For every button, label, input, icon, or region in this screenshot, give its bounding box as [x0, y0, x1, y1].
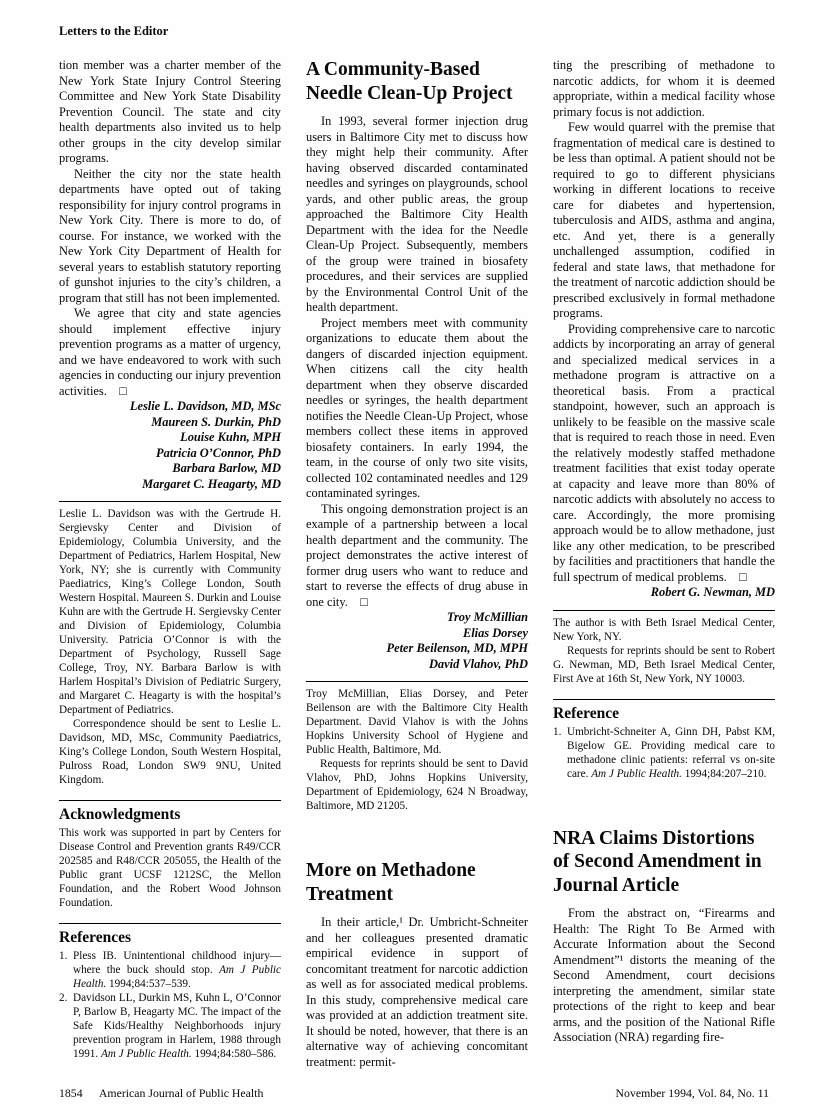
acknowledgments-text: This work was supported in part by Cente…: [59, 826, 281, 910]
signature-line: Margaret C. Heagarty, MD: [59, 477, 281, 493]
letter2-affiliation: Troy McMillian, Elias Dorsey, and Peter …: [306, 687, 528, 757]
reference-text: Davidson LL, Durkin MS, Kuhn L, O’Connor…: [73, 991, 281, 1061]
column-2: A Community-Based Needle Clean-Up Projec…: [306, 58, 528, 1070]
letter3-intro-paragraph: In their article,¹ Dr. Umbricht-Schneite…: [306, 915, 528, 1070]
reference-pages: 1994;84:207–210.: [682, 768, 767, 780]
letter3-affiliation: The author is with Beth Israel Medical C…: [553, 616, 775, 644]
running-head: Letters to the Editor: [59, 24, 168, 39]
reference-item: 1. Umbricht-Schneiter A, Ginn DH, Pabst …: [553, 725, 775, 781]
signature-line: Maureen S. Durkin, PhD: [59, 415, 281, 431]
columns-container: tion member was a charter member of the …: [59, 58, 775, 1070]
column-1: tion member was a charter member of the …: [59, 58, 281, 1070]
letter2-signature-block: Troy McMillian Elias Dorsey Peter Beilen…: [306, 610, 528, 672]
signature-line: Robert G. Newman, MD: [553, 585, 775, 601]
journal-page: Letters to the Editor tion member was a …: [0, 0, 816, 1111]
letter2-paragraph: Project members meet with community orga…: [306, 316, 528, 502]
reference-text: Pless IB. Unintentional childhood injury…: [73, 949, 281, 991]
letter3-paragraph: Providing comprehensive care to narcotic…: [553, 322, 775, 586]
letter1-affiliation: Leslie L. Davidson was with the Gertrude…: [59, 507, 281, 717]
reference-number: 1.: [553, 725, 567, 781]
letter2-paragraph: This ongoing demonstration project is an…: [306, 502, 528, 611]
letter1-signature-block: Leslie L. Davidson, MD, MSc Maureen S. D…: [59, 399, 281, 492]
signature-line: Patricia O’Connor, PhD: [59, 446, 281, 462]
references-heading: References: [59, 929, 281, 947]
signature-line: David Vlahov, PhD: [306, 657, 528, 673]
signature-line: Elias Dorsey: [306, 626, 528, 642]
signature-line: Peter Beilenson, MD, MPH: [306, 641, 528, 657]
letter4-paragraph: From the abstract on, “Firearms and Heal…: [553, 906, 775, 1046]
letter4-title: NRA Claims Distortions of Second Amendme…: [553, 827, 775, 898]
page-footer: 1854 American Journal of Public Health N…: [59, 1086, 769, 1101]
letter1-paragraph: We agree that city and state agencies sh…: [59, 306, 281, 399]
letter3-reprints: Requests for reprints should be sent to …: [553, 644, 775, 686]
signature-line: Troy McMillian: [306, 610, 528, 626]
letter2-reprints: Requests for reprints should be sent to …: [306, 757, 528, 813]
letter3-paragraph: ting the prescribing of methadone to nar…: [553, 58, 775, 120]
reference-pages: 1994;84:537–539.: [106, 978, 191, 990]
reference-pages: 1994;84:580–586.: [192, 1048, 277, 1060]
letter1-paragraph: tion member was a charter member of the …: [59, 58, 281, 167]
section-divider: [553, 699, 775, 700]
reference-heading: Reference: [553, 705, 775, 723]
letter2-paragraph: In 1993, several former injection drug u…: [306, 114, 528, 316]
footer-left: 1854 American Journal of Public Health: [59, 1086, 263, 1101]
letter1-paragraph: Neither the city nor the state health de…: [59, 167, 281, 307]
column-3: ting the prescribing of methadone to nar…: [553, 58, 775, 1070]
acknowledgments-heading: Acknowledgments: [59, 806, 281, 824]
section-divider: [59, 800, 281, 801]
footnote-divider: [553, 610, 775, 611]
footnote-divider: [59, 501, 281, 502]
letter1-correspondence: Correspondence should be sent to Leslie …: [59, 717, 281, 787]
reference-number: 1.: [59, 949, 73, 991]
signature-line: Leslie L. Davidson, MD, MSc: [59, 399, 281, 415]
journal-name: Am J Public Health.: [591, 768, 682, 780]
reference-item: 1. Pless IB. Unintentional childhood inj…: [59, 949, 281, 991]
letter3-signature-block: Robert G. Newman, MD: [553, 585, 775, 601]
section-divider: [59, 923, 281, 924]
signature-line: Louise Kuhn, MPH: [59, 430, 281, 446]
signature-line: Barbara Barlow, MD: [59, 461, 281, 477]
letter3-paragraph: Few would quarrel with the premise that …: [553, 120, 775, 322]
reference-text: Umbricht-Schneiter A, Ginn DH, Pabst KM,…: [567, 725, 775, 781]
reference-item: 2. Davidson LL, Durkin MS, Kuhn L, O’Con…: [59, 991, 281, 1061]
letter3-title: More on Methadone Treatment: [306, 859, 528, 906]
issue-info: November 1994, Vol. 84, No. 11: [616, 1086, 769, 1101]
journal-name: Am J Public Health.: [101, 1048, 192, 1060]
letter2-title: A Community-Based Needle Clean-Up Projec…: [306, 58, 528, 105]
reference-number: 2.: [59, 991, 73, 1061]
page-number: 1854: [59, 1086, 83, 1100]
journal-name-footer: American Journal of Public Health: [99, 1086, 263, 1100]
footnote-divider: [306, 681, 528, 682]
